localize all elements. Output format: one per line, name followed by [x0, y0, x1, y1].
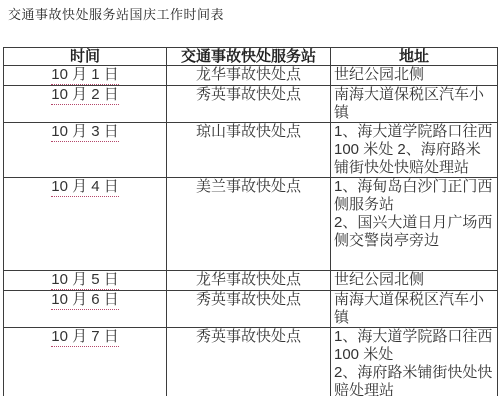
column-header-time: 时间 [4, 48, 167, 66]
date-cell: 10 月 6 日 [4, 291, 167, 328]
date-text: 10 月 7 日 [51, 328, 119, 347]
date-cell: 10 月 2 日 [4, 86, 167, 123]
address-cell: 1、海大道学院路口往西 100 米处 2、海府路米铺街快处快赔处理站 [331, 328, 498, 396]
date-text: 10 月 3 日 [51, 123, 119, 142]
station-cell: 龙华事故快处点 [167, 271, 331, 291]
date-text: 10 月 1 日 [51, 66, 119, 85]
address-cell: 世纪公园北侧 [331, 66, 498, 86]
column-header-station: 交通事故快处服务站 [167, 48, 331, 66]
table-row: 10 月 3 日 琼山事故快处点 1、海大道学院路口往西 100 米处 2、海府… [4, 123, 498, 178]
station-cell: 秀英事故快处点 [167, 291, 331, 328]
work-schedule-table: 时间 交通事故快处服务站 地址 10 月 1 日 龙华事故快处点 世纪公园北侧 … [3, 47, 498, 396]
column-header-address: 地址 [331, 48, 498, 66]
table-row: 10 月 1 日 龙华事故快处点 世纪公园北侧 [4, 66, 498, 86]
address-cell: 南海大道保税区汽车小镇 [331, 291, 498, 328]
table-row: 10 月 6 日 秀英事故快处点 南海大道保税区汽车小镇 [4, 291, 498, 328]
address-cell: 1、海大道学院路口往西 100 米处 2、海府路米铺街快处快赔处理站 [331, 123, 498, 178]
station-cell: 龙华事故快处点 [167, 66, 331, 86]
address-cell: 南海大道保税区汽车小镇 [331, 86, 498, 123]
station-cell: 秀英事故快处点 [167, 86, 331, 123]
table-header-row: 时间 交通事故快处服务站 地址 [4, 48, 498, 66]
station-cell: 美兰事故快处点 [167, 178, 331, 271]
station-cell: 琼山事故快处点 [167, 123, 331, 178]
date-cell: 10 月 1 日 [4, 66, 167, 86]
station-cell: 秀英事故快处点 [167, 328, 331, 396]
date-text: 10 月 6 日 [51, 291, 119, 310]
date-text: 10 月 2 日 [51, 86, 119, 105]
address-cell: 1、海甸岛白沙门正门西侧服务站 2、国兴大道日月广场西侧交警岗亭旁边 [331, 178, 498, 271]
table-row: 10 月 7 日 秀英事故快处点 1、海大道学院路口往西 100 米处 2、海府… [4, 328, 498, 396]
page-title: 交通事故快处服务站国庆工作时间表 [8, 7, 224, 23]
date-text: 10 月 5 日 [51, 271, 119, 290]
table-row: 10 月 4 日 美兰事故快处点 1、海甸岛白沙门正门西侧服务站 2、国兴大道日… [4, 178, 498, 271]
date-cell: 10 月 3 日 [4, 123, 167, 178]
document-page: 交通事故快处服务站国庆工作时间表 时间 交通事故快处服务站 地址 10 月 1 … [0, 0, 499, 396]
date-cell: 10 月 4 日 [4, 178, 167, 271]
date-cell: 10 月 5 日 [4, 271, 167, 291]
table-row: 10 月 2 日 秀英事故快处点 南海大道保税区汽车小镇 [4, 86, 498, 123]
date-text: 10 月 4 日 [51, 178, 119, 197]
address-cell: 世纪公园北侧 [331, 271, 498, 291]
date-cell: 10 月 7 日 [4, 328, 167, 396]
table-row: 10 月 5 日 龙华事故快处点 世纪公园北侧 [4, 271, 498, 291]
